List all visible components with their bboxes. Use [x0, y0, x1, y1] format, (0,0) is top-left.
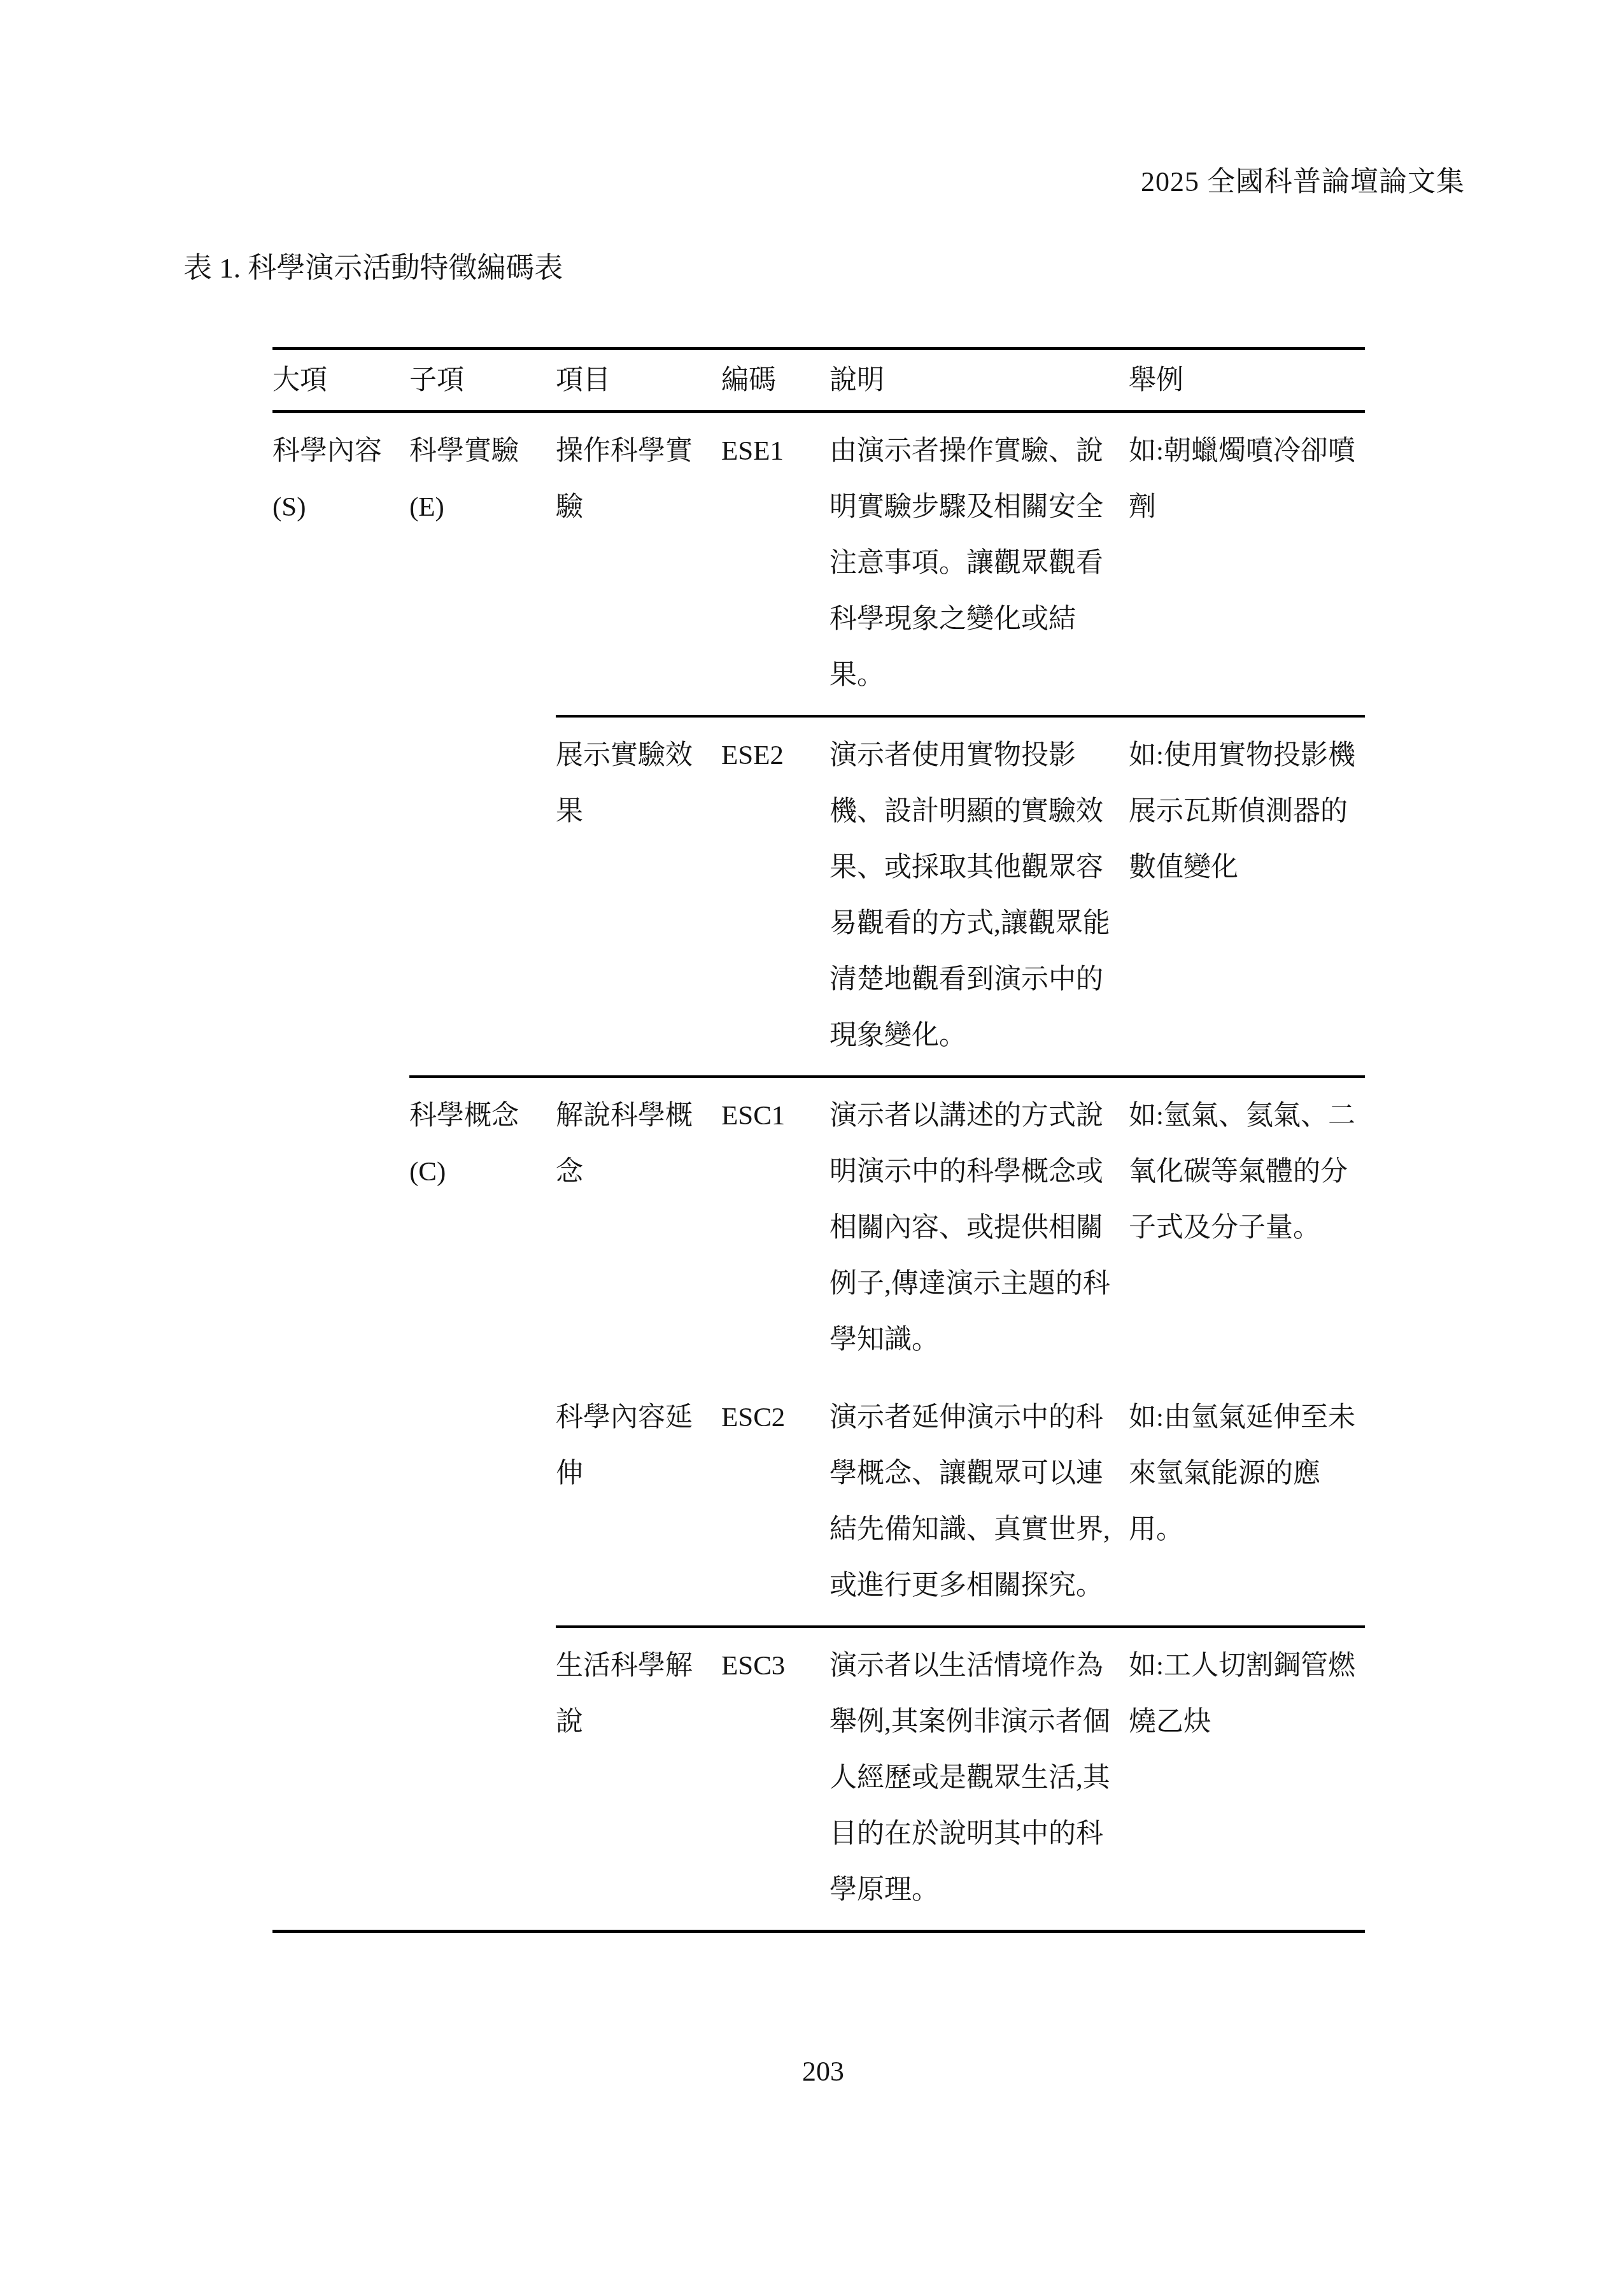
cell-example: 如:由氫氣延伸至未來氫氣能源的應用。 [1129, 1380, 1365, 1627]
cell-text: ESC3 [721, 1638, 820, 1694]
cell-text: 演示者以講述的方式說明演示中的科學概念或相關內容、或提供相關例子,傳達演示主題的… [830, 1088, 1115, 1368]
cell-major [272, 716, 409, 1077]
cell-text: ESE1 [721, 423, 820, 479]
cell-code: ESE1 [721, 412, 830, 717]
cell-text: 由演示者操作實驗、說明實驗步驟及相關安全注意事項。讓觀眾觀看科學現象之變化或結果… [830, 423, 1115, 704]
cell-code: ESC3 [721, 1627, 830, 1932]
running-header: 2025 全國科普論壇論文集 [183, 164, 1465, 200]
table-row: 科學概念 (C) 解說科學概念 ESC1 演示者以講述的方式說明演示中的科學概念… [272, 1077, 1365, 1380]
cell-example: 如:工人切割鋼管燃燒乙炔 [1129, 1627, 1365, 1932]
cell-sub: 科學實驗 (E) [409, 412, 556, 717]
col-header-sub: 子項 [409, 349, 556, 412]
cell-text: 演示者延伸演示中的科學概念、讓觀眾可以連結先備知識、真實世界,或進行更多相關探究… [830, 1390, 1115, 1614]
cell-sub [409, 1380, 556, 1627]
table-row: 展示實驗效果 ESE2 演示者使用實物投影機、設計明顯的實驗效果、或採取其他觀眾… [272, 716, 1365, 1077]
cell-text: 解說科學概念 [556, 1088, 705, 1200]
cell-description: 由演示者操作實驗、說明實驗步驟及相關安全注意事項。讓觀眾觀看科學現象之變化或結果… [830, 412, 1129, 717]
document-page: 2025 全國科普論壇論文集 表 1. 科學演示活動特徵編碼表 大項 子項 項目… [0, 0, 1624, 2278]
cell-example: 如:使用實物投影機展示瓦斯偵測器的數值變化 [1129, 716, 1365, 1077]
cell-text: 科學實驗 (E) [409, 423, 534, 535]
cell-text: 展示實驗效果 [556, 728, 705, 840]
cell-item: 解說科學概念 [556, 1077, 721, 1380]
cell-text: 科學內容 (S) [272, 423, 397, 535]
cell-item: 展示實驗效果 [556, 716, 721, 1077]
col-header-example: 舉例 [1129, 349, 1365, 412]
col-header-code: 編碼 [721, 349, 830, 412]
coding-table: 大項 子項 項目 編碼 說明 舉例 科學內容 (S) 科學實驗 (E) 操作科學… [272, 347, 1365, 1933]
cell-major [272, 1380, 409, 1627]
table-row: 科學內容 (S) 科學實驗 (E) 操作科學實驗 ESE1 由演示者操作實驗、說… [272, 412, 1365, 717]
cell-code: ESC2 [721, 1380, 830, 1627]
cell-text: 如:由氫氣延伸至未來氫氣能源的應用。 [1129, 1390, 1360, 1558]
cell-text: 如:使用實物投影機展示瓦斯偵測器的數值變化 [1129, 728, 1360, 896]
cell-description: 演示者延伸演示中的科學概念、讓觀眾可以連結先備知識、真實世界,或進行更多相關探究… [830, 1380, 1129, 1627]
cell-text: 科學概念 (C) [409, 1088, 534, 1200]
cell-text: ESE2 [721, 728, 820, 784]
cell-text: 演示者以生活情境作為舉例,其案例非演示者個人經歷或是觀眾生活,其目的在於說明其中… [830, 1638, 1115, 1918]
cell-description: 演示者以生活情境作為舉例,其案例非演示者個人經歷或是觀眾生活,其目的在於說明其中… [830, 1627, 1129, 1932]
table-header-row: 大項 子項 項目 編碼 說明 舉例 [272, 349, 1365, 412]
cell-code: ESC1 [721, 1077, 830, 1380]
cell-code: ESE2 [721, 716, 830, 1077]
cell-text: 如:氫氣、氦氣、二氧化碳等氣體的分子式及分子量。 [1129, 1088, 1360, 1256]
cell-item: 操作科學實驗 [556, 412, 721, 717]
table-row: 科學內容延伸 ESC2 演示者延伸演示中的科學概念、讓觀眾可以連結先備知識、真實… [272, 1380, 1365, 1627]
cell-major [272, 1077, 409, 1380]
cell-description: 演示者以講述的方式說明演示中的科學概念或相關內容、或提供相關例子,傳達演示主題的… [830, 1077, 1129, 1380]
cell-major: 科學內容 (S) [272, 412, 409, 717]
cell-sub [409, 716, 556, 1077]
cell-text: 操作科學實驗 [556, 423, 705, 535]
cell-description: 演示者使用實物投影機、設計明顯的實驗效果、或採取其他觀眾容易觀看的方式,讓觀眾能… [830, 716, 1129, 1077]
cell-text: 如:工人切割鋼管燃燒乙炔 [1129, 1638, 1360, 1750]
cell-text: ESC2 [721, 1390, 820, 1446]
cell-text: 科學內容延伸 [556, 1390, 705, 1502]
cell-text: 如:朝蠟燭噴冷卻噴劑 [1129, 423, 1360, 535]
cell-text: 生活科學解說 [556, 1638, 705, 1750]
cell-sub [409, 1627, 556, 1932]
cell-text: ESC1 [721, 1088, 820, 1144]
cell-major [272, 1627, 409, 1932]
cell-sub: 科學概念 (C) [409, 1077, 556, 1380]
cell-example: 如:朝蠟燭噴冷卻噴劑 [1129, 412, 1365, 717]
col-header-major: 大項 [272, 349, 409, 412]
col-header-description: 說明 [830, 349, 1129, 412]
cell-example: 如:氫氣、氦氣、二氧化碳等氣體的分子式及分子量。 [1129, 1077, 1365, 1380]
table-caption: 表 1. 科學演示活動特徵編碼表 [183, 250, 563, 287]
cell-text: 演示者使用實物投影機、設計明顯的實驗效果、或採取其他觀眾容易觀看的方式,讓觀眾能… [830, 728, 1115, 1064]
table-row: 生活科學解說 ESC3 演示者以生活情境作為舉例,其案例非演示者個人經歷或是觀眾… [272, 1627, 1365, 1932]
cell-item: 科學內容延伸 [556, 1380, 721, 1627]
cell-item: 生活科學解說 [556, 1627, 721, 1932]
col-header-item: 項目 [556, 349, 721, 412]
page-number: 203 [183, 2054, 1463, 2090]
